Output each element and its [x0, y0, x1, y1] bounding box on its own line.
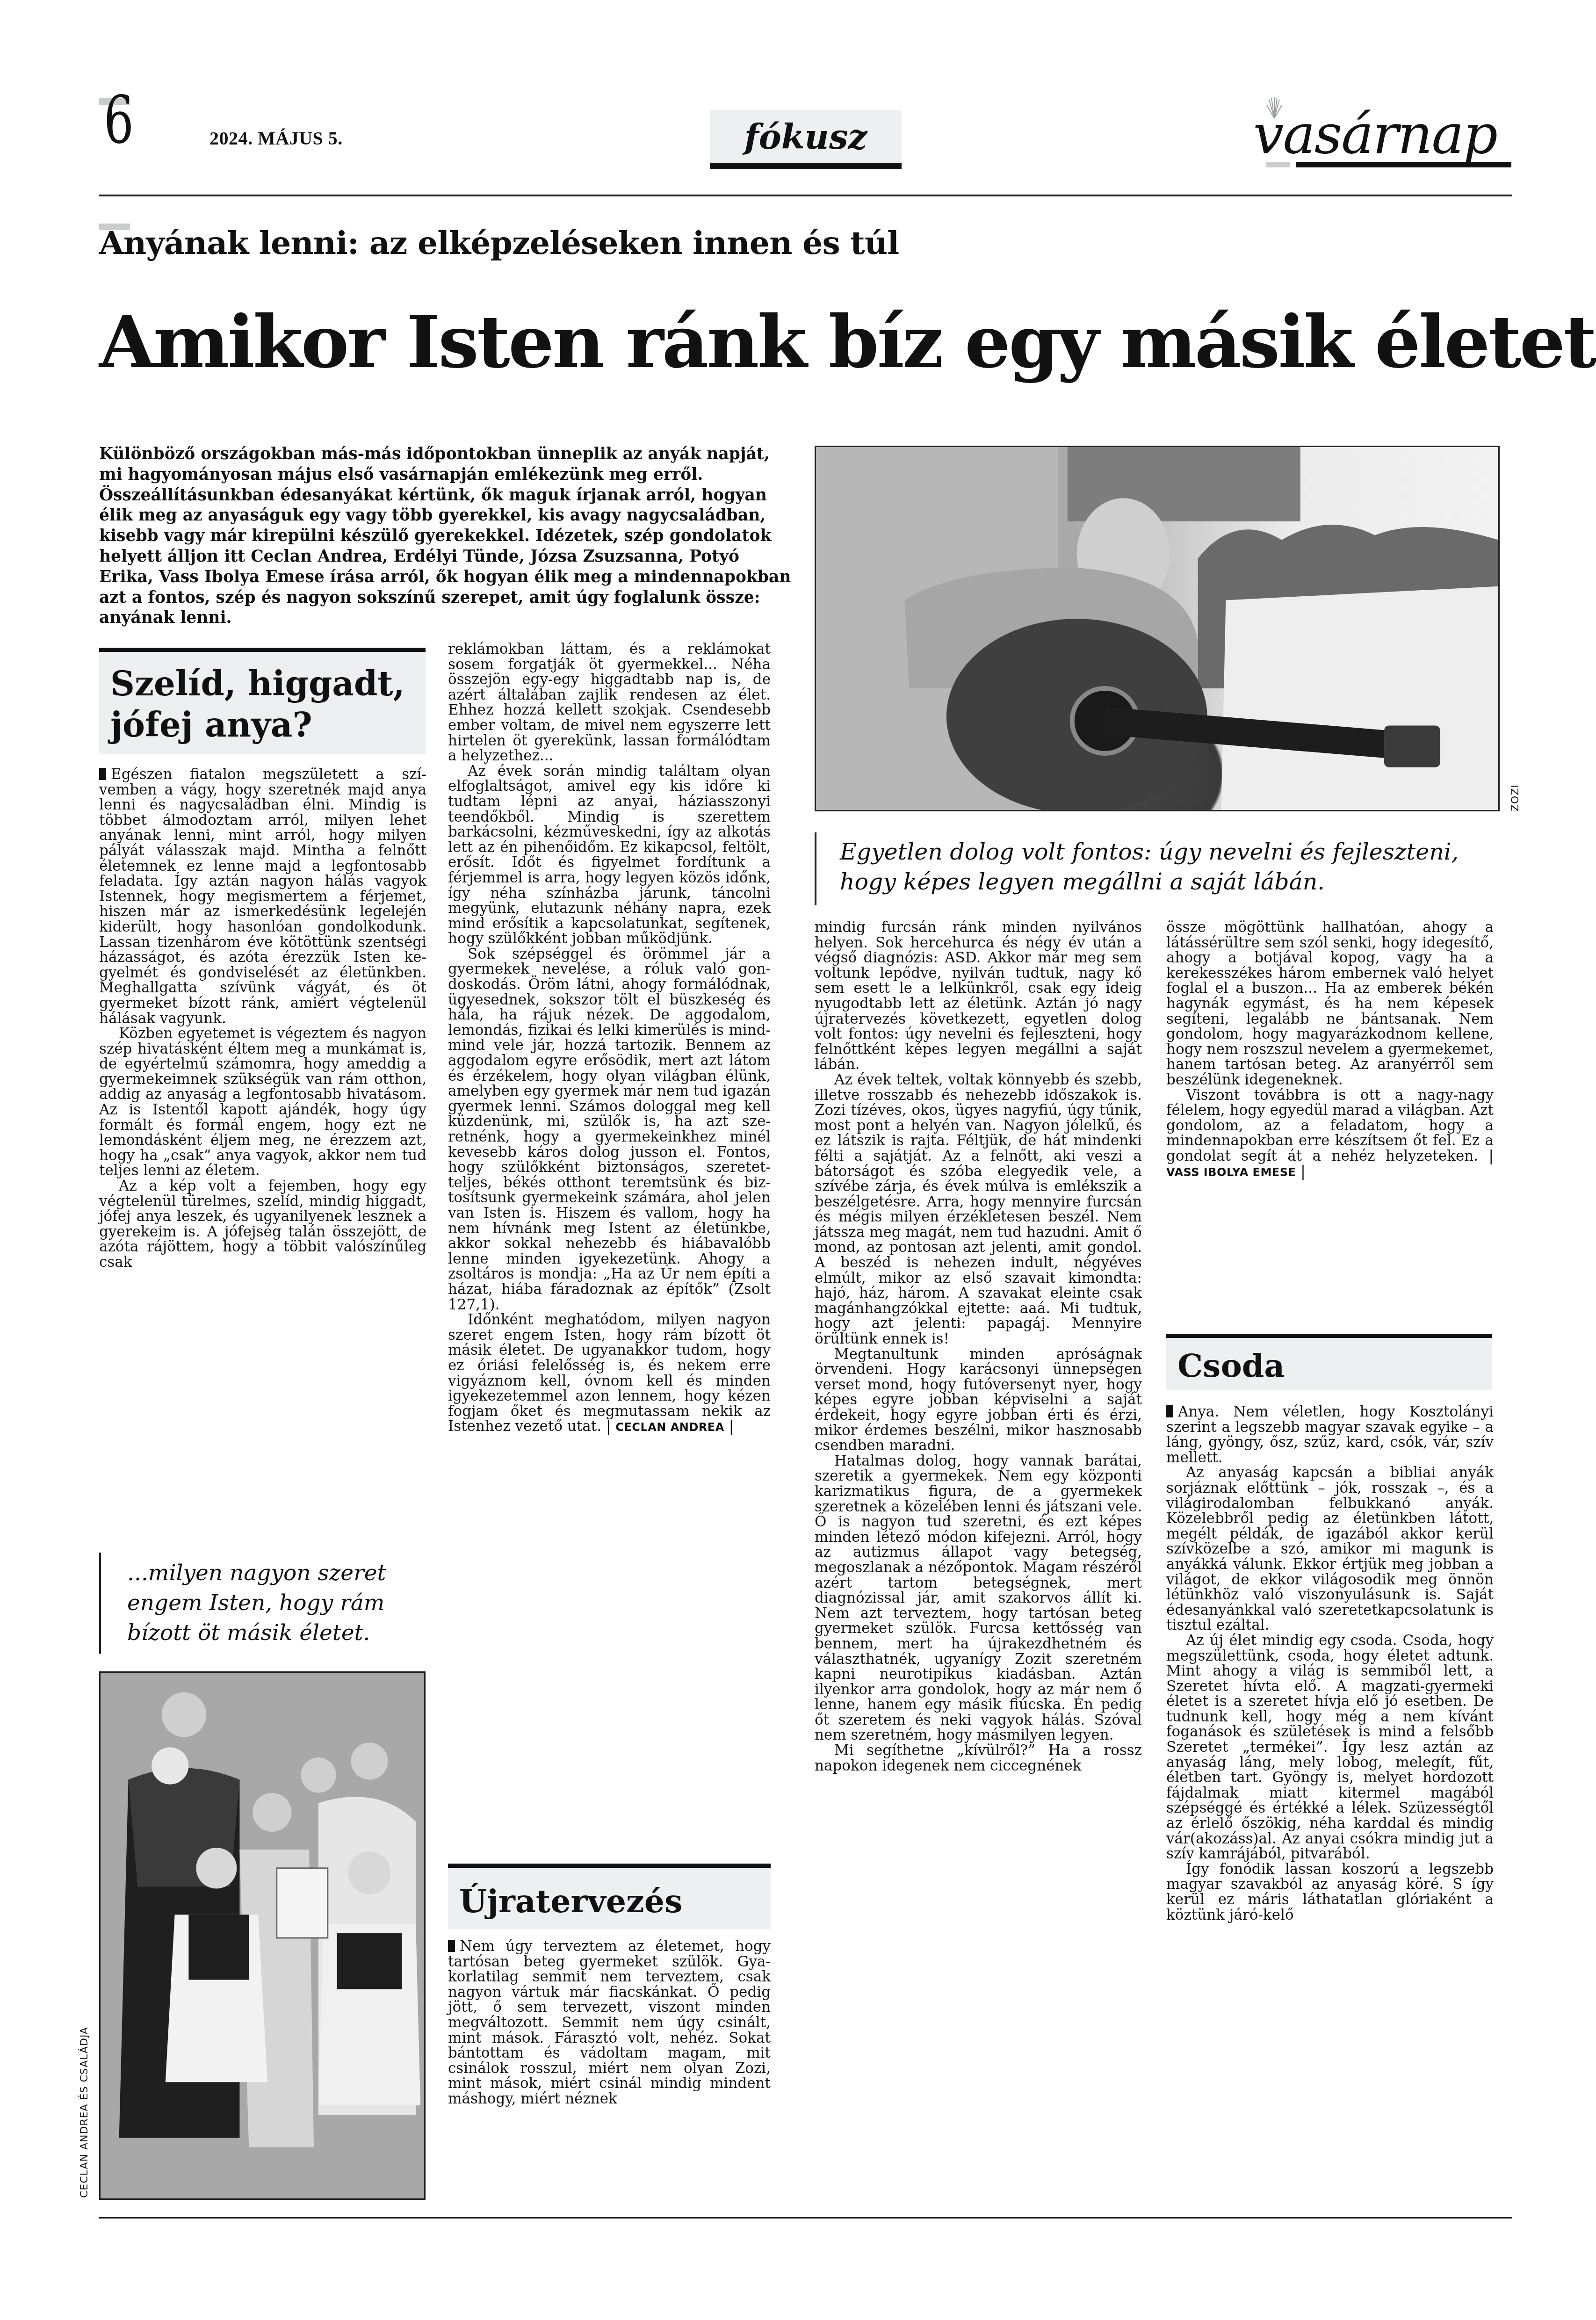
family-illustration-icon — [101, 1673, 424, 2198]
byline-vass-ibolya-emese: VASS IBOLYA EMESE — [1166, 1166, 1296, 1179]
paragraph: Az évek teltek, voltak könnyebb és szebb… — [815, 1072, 1142, 1347]
paragraph: Mi segíthetne „kívülről?” Ha a rossz nap… — [815, 1743, 1142, 1773]
paragraph: Hatalmas dolog, hogy vannak bará­tai, sz… — [815, 1453, 1142, 1743]
paragraph: Viszont továbbra is ott a nagy-nagy féle… — [1166, 1088, 1494, 1180]
photo-boy-with-guitar — [815, 446, 1500, 811]
column-4-body: össze mögöttünk hallhatóan, ahogy a látá… — [1166, 920, 1494, 1180]
column-1-body: Egészen fiatalon megszületett a szí­vemb… — [99, 767, 426, 1270]
paragraph-text: Viszont továbbra is ott a nagy-nagy féle… — [1166, 1087, 1494, 1164]
article-headline: Amikor Isten ránk bíz egy másik életet — [99, 306, 1595, 378]
paragraph: Sok szépséggel és örömmel jár a gyermeke… — [448, 947, 771, 1312]
paragraph-text: Időnként meghatódom, milyen na­gyon szer… — [448, 1311, 771, 1435]
pull-quote: ...milyen nagyon szeret engem Isten, hog… — [99, 1553, 417, 1654]
section-label: fókusz — [710, 110, 902, 169]
paragraph: Anya. Nem véletlen, hogy Kosztolá­nyi sz… — [1166, 1404, 1494, 1465]
guitar-illustration-icon — [816, 447, 1498, 810]
byline-ceclan-andrea: CECLAN ANDREA — [615, 1421, 724, 1434]
paragraph: Az évek során mindig találtam olyan elfo… — [448, 764, 771, 947]
photo-credit-family: CECLAN ANDREA ÉS CSALÁDJA — [79, 2027, 90, 2198]
paragraph: Az anyaság kapcsán a bibliai anyák sorjá… — [1166, 1465, 1494, 1633]
paragraph: Az a kép volt a fejemben, hogy egy végte… — [99, 1178, 426, 1270]
paragraph: Egészen fiatalon megszületett a szí­vemb… — [99, 767, 426, 1026]
column-2-body: reklámokban láttam, és a reklámokat sose… — [448, 642, 771, 1435]
subhead-szelid: Szelíd, higgadt, jófej anya? — [99, 648, 426, 754]
photo-family — [99, 1671, 426, 2200]
header-divider — [99, 195, 1512, 196]
photo-caption: Egyetlen dolog volt fontos: úgy nevelni … — [815, 832, 1488, 905]
issue-date: 2024. MÁJUS 5. — [209, 127, 343, 149]
paragraph: Közben egyetemet is végeztem és nagyon s… — [99, 1026, 426, 1178]
column-4-lower-body: Anya. Nem véletlen, hogy Kosztolá­nyi sz… — [1166, 1404, 1494, 1922]
paragraph: reklámokban láttam, és a reklámokat sose… — [448, 642, 771, 764]
section-label-text: fókusz — [744, 117, 867, 157]
column-2-lower-body: Nem úgy terveztem az életemet, hogy tart… — [448, 1939, 771, 2107]
article-kicker: Anyának lenni: az elképzeléseken innen é… — [99, 224, 899, 262]
photo-credit-zozi: ZOZI — [1509, 784, 1521, 811]
footer-divider — [99, 2217, 1512, 2219]
paragraph: Időnként meghatódom, milyen na­gyon szer… — [448, 1312, 771, 1435]
paragraph: Így fonódik lassan koszorú a leg­szebb m… — [1166, 1862, 1494, 1922]
paragraph: Megtanultunk minden apróságnak örvendeni… — [815, 1347, 1142, 1453]
paragraph: össze mögöttünk hallhatóan, ahogy a látá… — [1166, 920, 1494, 1088]
column-3-body: mindig furcsán ránk minden nyilvános hel… — [815, 920, 1142, 1773]
brand-logo: vasárnap — [1253, 108, 1497, 162]
page-number: 6 — [104, 88, 134, 153]
article-lead: Különböző országokban más-más időpontokb… — [99, 444, 796, 629]
subhead-csoda: Csoda — [1166, 1334, 1492, 1390]
brand-rule-accent — [1266, 162, 1290, 167]
paragraph: Nem úgy terveztem az életemet, hogy tart… — [448, 1939, 771, 2107]
paragraph: Az új élet mindig egy csoda. Csoda, hogy… — [1166, 1633, 1494, 1862]
brand-rule — [1296, 162, 1511, 167]
subhead-ujratervezes: Újratervezés — [448, 1864, 771, 1929]
paragraph: mindig furcsán ránk minden nyilvános hel… — [815, 920, 1142, 1072]
